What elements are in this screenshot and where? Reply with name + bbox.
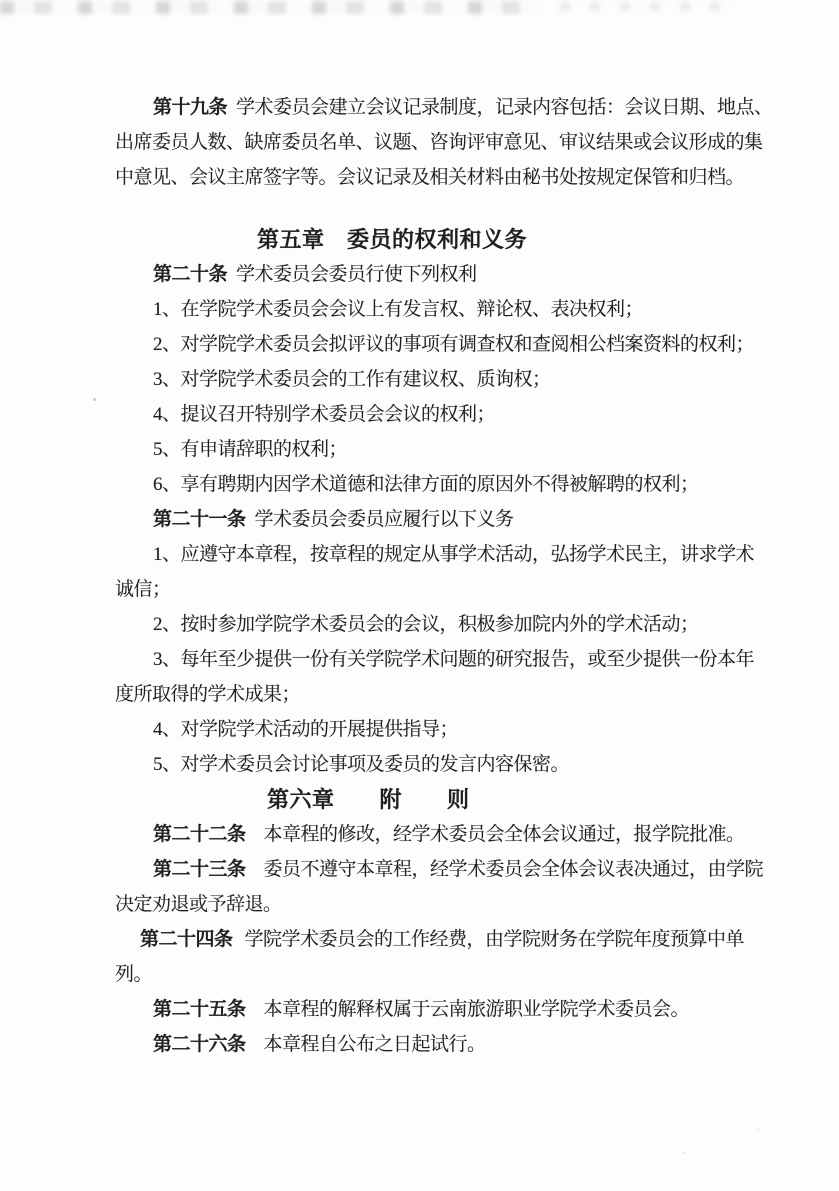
line-text: 3、对学院学术委员会的工作有建议权、质询权； bbox=[153, 369, 551, 390]
text-line: 第二十一条学术委员会委员应履行以下义务 bbox=[115, 502, 785, 537]
line-text: 学院学术委员会的工作经费，由学院财务在学院年度预算中单 bbox=[245, 929, 745, 950]
document-body: 第十九条学术委员会建立会议记录制度，记录内容包括：会议日期、地点、出席委员人数、… bbox=[115, 90, 785, 1062]
text-line: 列。 bbox=[115, 957, 785, 992]
text-line: 中意见、会议主席签字等。会议记录及相关材料由秘书处按规定保管和归档。 bbox=[115, 160, 785, 195]
line-text: 出席委员人数、缺席委员名单、议题、咨询评审意见、审议结果或会议形成的集 bbox=[115, 132, 763, 153]
line-text: 列。 bbox=[115, 964, 152, 985]
scan-noise-artifact bbox=[560, 2, 740, 11]
article-number: 第二十三条 bbox=[153, 859, 246, 880]
article-number: 第二十二条 bbox=[153, 824, 246, 845]
text-line: 2、对学院学术委员会拟评议的事项有调查权和查阅相公档案资料的权利； bbox=[115, 327, 785, 362]
line-text: 1、在学院学术委员会会议上有发言权、辩论权、表决权利； bbox=[153, 299, 643, 320]
text-line: 1、应遵守本章程，按章程的规定从事学术活动，弘扬学术民主，讲求学术 bbox=[115, 537, 785, 572]
text-line: 出席委员人数、缺席委员名单、议题、咨询评审意见、审议结果或会议形成的集 bbox=[115, 125, 785, 160]
line-text: 本章程的解释权属于云南旅游职业学院学术委员会。 bbox=[264, 999, 690, 1020]
line-text: 6、享有聘期内因学术道德和法律方面的原因外不得被解聘的权利； bbox=[153, 474, 699, 495]
text-line: 3、对学院学术委员会的工作有建议权、质询权； bbox=[115, 362, 785, 397]
scan-speck bbox=[757, 1129, 759, 1131]
article-number: 第二十一条 bbox=[153, 509, 246, 530]
text-line: 第二十六条本章程自公布之日起试行。 bbox=[115, 1027, 785, 1062]
line-text: 中意见、会议主席签字等。会议记录及相关材料由秘书处按规定保管和归档。 bbox=[115, 167, 744, 188]
text-line: 5、有申请辞职的权利； bbox=[115, 432, 785, 467]
article-number: 第二十四条 bbox=[140, 929, 233, 950]
text-line: 决定劝退或予辞退。 bbox=[115, 887, 785, 922]
line-text: 1、应遵守本章程，按章程的规定从事学术活动，弘扬学术民主，讲求学术 bbox=[153, 544, 754, 565]
text-line: 4、对学院学术活动的开展提供指导； bbox=[115, 712, 785, 747]
line-text: 学术委员会委员行使下列权利 bbox=[236, 264, 477, 285]
text-line: 2、按时参加学院学术委员会的会议，积极参加院内外的学术活动； bbox=[115, 607, 785, 642]
text-line: 3、每年至少提供一份有关学院学术问题的研究报告，或至少提供一份本年 bbox=[115, 642, 785, 677]
text-line: 第十九条学术委员会建立会议记录制度，记录内容包括：会议日期、地点、 bbox=[115, 90, 785, 125]
line-text: 5、有申请辞职的权利； bbox=[153, 439, 347, 460]
scanned-document-page: 第十九条学术委员会建立会议记录制度，记录内容包括：会议日期、地点、出席委员人数、… bbox=[0, 0, 839, 1191]
line-text: 3、每年至少提供一份有关学院学术问题的研究报告，或至少提供一份本年 bbox=[153, 649, 754, 670]
scan-speck bbox=[93, 398, 96, 401]
line-text: 2、对学院学术委员会拟评议的事项有调查权和查阅相公档案资料的权利； bbox=[153, 334, 754, 355]
line-text: 本章程的修改，经学术委员会全体会议通过，报学院批准。 bbox=[264, 824, 745, 845]
text-line: 第二十二条本章程的修改，经学术委员会全体会议通过，报学院批准。 bbox=[115, 817, 785, 852]
article-number: 第十九条 bbox=[153, 97, 227, 118]
line-text: 委员不遵守本章程，经学术委员会全体会议表决通过，由学院 bbox=[264, 859, 764, 880]
chapter-heading: 第五章 委员的权利和义务 bbox=[115, 222, 785, 257]
line-text: 4、对学院学术活动的开展提供指导； bbox=[153, 719, 458, 740]
text-line: 6、享有聘期内因学术道德和法律方面的原因外不得被解聘的权利； bbox=[115, 467, 785, 502]
line-text: 4、提议召开特别学术委员会会议的权利； bbox=[153, 404, 495, 425]
chapter-heading: 第六章 附 则 bbox=[115, 782, 785, 817]
scan-speck bbox=[683, 1152, 685, 1154]
text-line: 5、对学术委员会讨论事项及委员的发言内容保密。 bbox=[115, 747, 785, 782]
line-text: 学术委员会建立会议记录制度，记录内容包括：会议日期、地点、 bbox=[236, 97, 773, 118]
text-line: 度所取得的学术成果； bbox=[115, 677, 785, 712]
article-number: 第二十条 bbox=[153, 264, 227, 285]
text-line: 第二十四条学院学术委员会的工作经费，由学院财务在学院年度预算中单 bbox=[115, 922, 785, 957]
text-line: 第二十条学术委员会委员行使下列权利 bbox=[115, 257, 785, 292]
text-line: 第二十三条委员不遵守本章程，经学术委员会全体会议表决通过，由学院 bbox=[115, 852, 785, 887]
text-line: 4、提议召开特别学术委员会会议的权利； bbox=[115, 397, 785, 432]
line-text: 本章程自公布之日起试行。 bbox=[264, 1034, 486, 1055]
text-line: 诚信； bbox=[115, 572, 785, 607]
article-number: 第二十五条 bbox=[153, 999, 246, 1020]
scan-noise-artifact bbox=[0, 1, 540, 14]
line-text: 诚信； bbox=[115, 579, 171, 600]
text-line: 1、在学院学术委员会会议上有发言权、辩论权、表决权利； bbox=[115, 292, 785, 327]
line-text: 2、按时参加学院学术委员会的会议，积极参加院内外的学术活动； bbox=[153, 614, 699, 635]
line-text: 学术委员会委员应履行以下义务 bbox=[255, 509, 514, 530]
line-text: 5、对学术委员会讨论事项及委员的发言内容保密。 bbox=[153, 754, 569, 775]
article-number: 第二十六条 bbox=[153, 1034, 246, 1055]
line-text: 度所取得的学术成果； bbox=[115, 684, 300, 705]
text-line: 第二十五条本章程的解释权属于云南旅游职业学院学术委员会。 bbox=[115, 992, 785, 1027]
line-text: 决定劝退或予辞退。 bbox=[115, 894, 282, 915]
